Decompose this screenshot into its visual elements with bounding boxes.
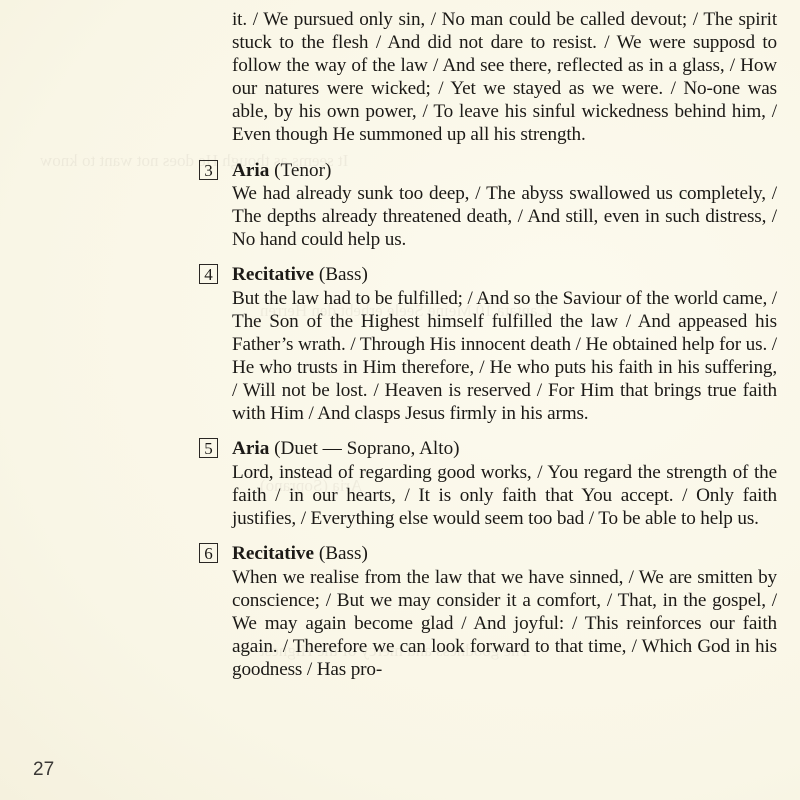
continued-paragraph: it. / We pursued only sin, / No man coul…: [232, 8, 777, 147]
movement-type: Recitative: [232, 264, 314, 285]
movement-voice: (Bass): [319, 264, 368, 285]
movement-type: Aria: [232, 438, 269, 459]
movement-6: 6 Recitative (Bass) When we realise from…: [232, 542, 777, 681]
libretto-column: it. / We pursued only sin, / No man coul…: [232, 8, 777, 681]
movement-text: When we realise from the law that we hav…: [232, 566, 777, 681]
movement-3: 3 Aria (Tenor) We had already sunk too d…: [232, 159, 777, 252]
movement-type: Recitative: [232, 543, 314, 564]
movement-voice: (Tenor): [274, 160, 331, 181]
movement-number-box: 3: [199, 160, 218, 180]
movement-heading: Recitative (Bass): [232, 542, 777, 566]
movement-voice: (Bass): [319, 543, 368, 564]
movement-text: But the law had to be fulfilled; / And s…: [232, 287, 777, 426]
page-number: 27: [33, 759, 54, 781]
movement-number-box: 6: [199, 543, 218, 563]
movement-4: 4 Recitative (Bass) But the law had to b…: [232, 263, 777, 425]
movement-number-box: 4: [199, 264, 218, 284]
movement-type: Aria: [232, 160, 269, 181]
movement-voice: (Duet — Soprano, Alto): [274, 438, 459, 459]
movement-heading: Aria (Tenor): [232, 159, 777, 183]
movement-5: 5 Aria (Duet — Soprano, Alto) Lord, inst…: [232, 437, 777, 530]
movement-text: Lord, instead of regarding good works, /…: [232, 461, 777, 530]
movement-number-box: 5: [199, 438, 218, 458]
movement-text: We had already sunk too deep, / The abys…: [232, 182, 777, 251]
movement-heading: Recitative (Bass): [232, 263, 777, 287]
booklet-page: It seems as though He does not want to k…: [0, 0, 800, 800]
movement-heading: Aria (Duet — Soprano, Alto): [232, 437, 777, 461]
